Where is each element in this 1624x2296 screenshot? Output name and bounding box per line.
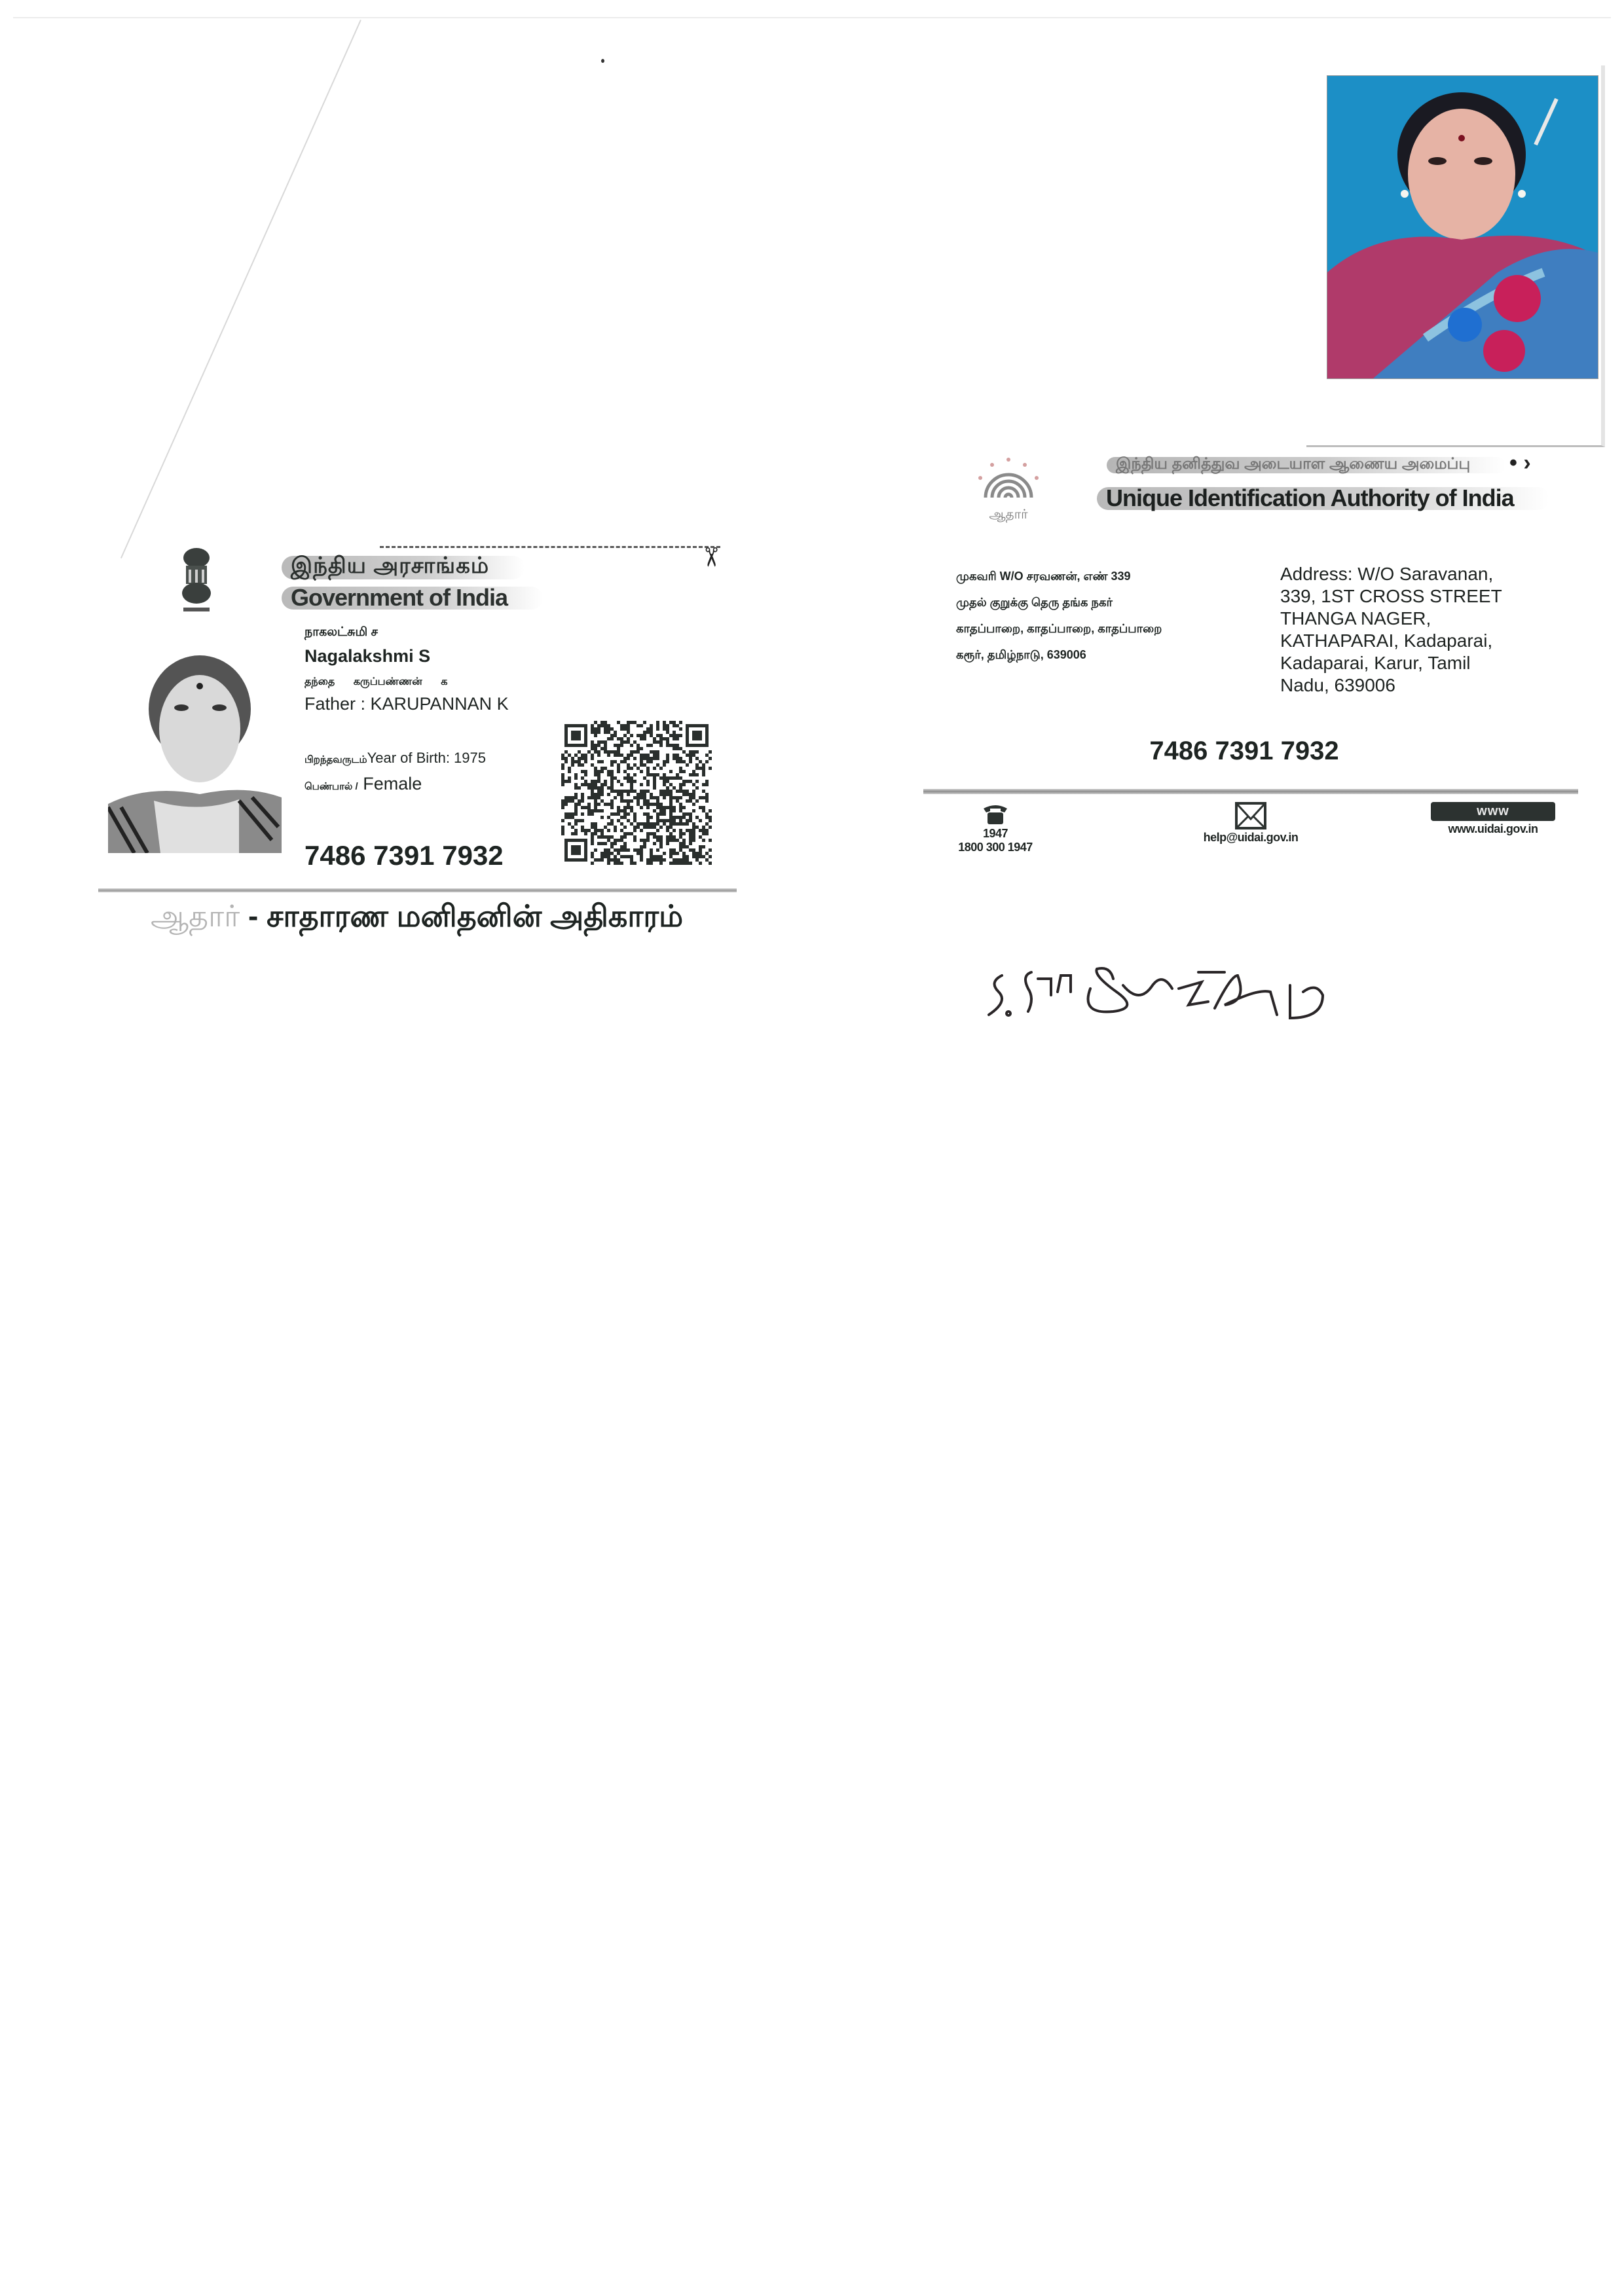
holder-details: நாகலட்சுமி ச Nagalakshmi S தந்தை கருப்பண… [304,625,509,714]
front-divider [98,888,737,892]
handwritten-signature: ச. நாகலட்சுமி [982,962,1428,1021]
address-tamil: முகவரி W/O சரவணன், எண் 339 முதல் குறுக்க… [956,563,1162,668]
contact-email: help@uidai.gov.in [1185,802,1316,845]
authority-english: Unique Identification Authority of India [1097,484,1523,512]
father-tamil: தந்தை கருப்பண்ணன் க [304,676,509,689]
address-tamil-line: கரூர், தமிழ்நாடு, 639006 [956,642,1162,668]
year-of-birth: பிறந்தவருடம்Year of Birth: 1975 [304,750,486,767]
scan-edge [13,17,1611,18]
envelope-icon [1235,802,1266,829]
aadhaar-back-card: ஆதார் இந்திய தனித்துவ அடையாள ஆணைய அமைப்ப… [917,439,1585,884]
scan-marks: • › [1509,450,1531,476]
address-english: Address: W/O Saravanan, 339, 1ST CROSS S… [1280,563,1502,697]
email-address: help@uidai.gov.in [1185,831,1316,845]
holder-photo-grayscale [108,644,282,853]
dob-value: Year of Birth: 1975 [367,750,486,766]
address-tamil-line: முகவரி W/O சரவணன், எண் 339 [956,563,1162,589]
aadhaar-number-back: 7486 7391 7932 [917,737,1572,766]
phone-full: 1800 300 1947 [956,841,1035,854]
name-english: Nagalakshmi S [304,646,509,666]
website-address: www.uidai.gov.in [1431,822,1555,836]
gov-title-tamil: இந்திய அரசாங்கம் [291,553,489,578]
gender-value: Female [363,774,422,793]
aadhaar-front-card: ✂ இந்திய அரசாங்கம் Government of India ந… [98,537,740,956]
gov-title-english: Government of India [291,584,507,611]
contact-phone: 1947 1800 300 1947 [956,802,1035,854]
gender-label-tamil: பெண்பால் / [304,781,358,792]
phone-short: 1947 [956,827,1035,841]
ashoka-emblem-icon [177,546,216,618]
scan-speck [601,59,604,63]
authority-english-text: Unique Identification Authority of India [1106,484,1514,511]
dob-label-tamil: பிறந்தவருடம் [304,754,367,765]
www-icon: www [1431,802,1555,821]
aadhaar-fingerprint-logo-icon: ஆதார் [972,452,1044,524]
address-tamil-line: முதல் குறுக்கு தெரு தங்க நகர் [956,589,1162,615]
tagline-aadhaar-word: ஆதார் [151,899,240,933]
gender: பெண்பால் / Female [304,774,422,794]
telephone-icon [981,802,1010,826]
aadhaar-tagline: ஆதார் - சாதாரண மனிதனின் அதிகாரம் [151,898,683,938]
aadhaar-number-front: 7486 7391 7932 [304,840,504,871]
passport-photo [1327,75,1598,379]
qr-code [561,720,712,866]
name-tamil: நாகலட்சுமி ச [304,625,509,641]
authority-tamil-text: இந்திய தனித்துவ அடையாள ஆணைய அமைப்பு [1116,455,1470,473]
logo-caption: ஆதார் [989,507,1028,522]
tagline-text: - சாதாரண மனிதனின் அதிகாரம் [240,899,683,933]
cut-line [380,546,720,548]
passport-photo-frame [1306,65,1605,447]
government-header: இந்திய அரசாங்கம் Government of India [282,553,517,611]
contact-website: www www.uidai.gov.in [1431,802,1555,836]
address-tamil-line: காதப்பாறை, காதப்பாறை, காதப்பாறை [956,615,1162,642]
father-english: Father : KARUPANNAN K [304,694,509,714]
authority-tamil: இந்திய தனித்துவ அடையாள ஆணைய அமைப்பு [1107,455,1479,475]
back-divider [923,789,1578,794]
scissors-icon: ✂ [695,546,726,568]
paper-fold-line [120,20,361,558]
